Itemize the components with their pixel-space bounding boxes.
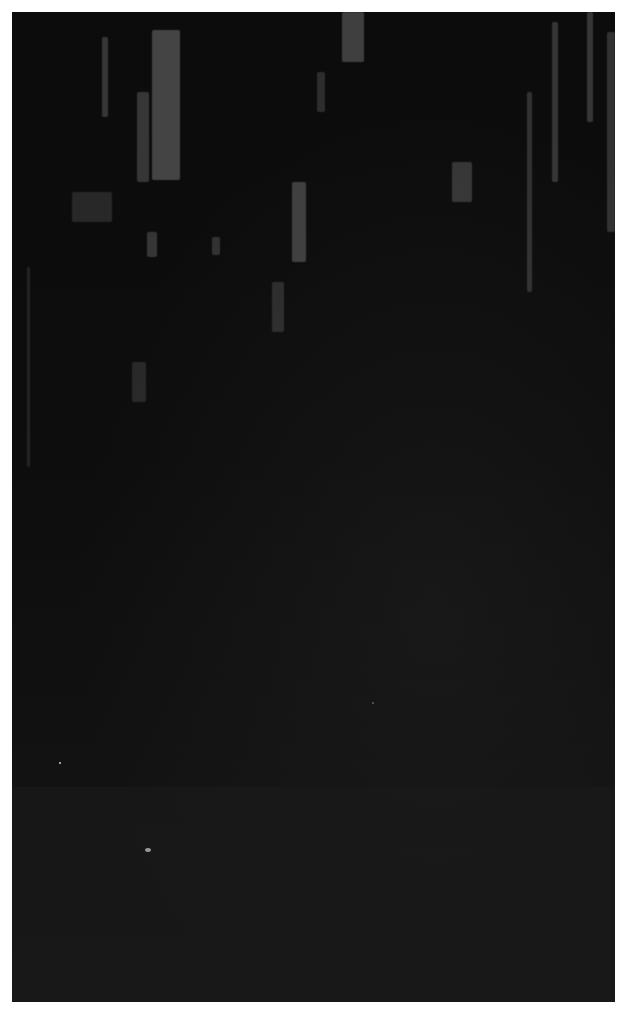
wear-mark — [317, 72, 325, 112]
wear-mark — [72, 192, 112, 222]
wear-mark — [272, 282, 284, 332]
wear-mark — [152, 30, 180, 180]
scanned-page — [0, 0, 631, 1015]
wear-mark — [452, 162, 472, 202]
wear-mark — [137, 92, 149, 182]
wear-mark — [132, 362, 146, 402]
wear-mark — [102, 37, 108, 117]
wear-mark — [587, 12, 593, 122]
wear-mark — [552, 22, 558, 182]
wear-mark — [342, 12, 364, 62]
speck — [145, 848, 151, 852]
wear-mark — [527, 92, 532, 292]
speck — [59, 762, 61, 764]
wear-mark — [27, 267, 30, 467]
wear-mark — [292, 182, 306, 262]
wear-mark — [212, 237, 220, 255]
speck — [372, 702, 374, 704]
wear-mark — [147, 232, 157, 257]
cover-lower-band — [12, 787, 615, 1002]
wear-mark — [607, 32, 615, 232]
book-cover — [12, 12, 615, 1002]
